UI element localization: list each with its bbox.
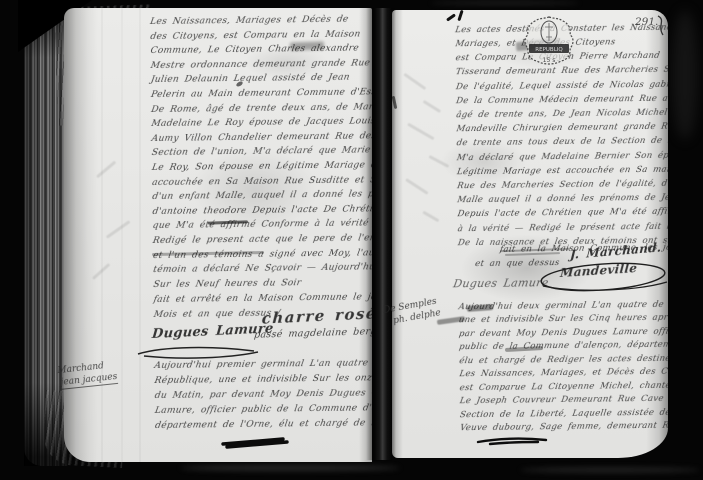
- stamp-band-text: REPUBLIQ: [535, 47, 563, 53]
- ink-flourish-signature: [134, 344, 264, 360]
- manuscript-line: Redigé le present acte que le pere de l'…: [152, 233, 372, 246]
- manuscript-line: Mandeville Chirurgien demeurant grande R…: [456, 121, 668, 134]
- manuscript-line: République, une et indivisible Sur les o…: [154, 373, 372, 386]
- manuscript-line: est Comparue La Citoyenne Michel, chante…: [459, 380, 668, 393]
- manuscript-line: par devant Moy Denis Dugues Lamure offic…: [458, 326, 668, 339]
- manuscript-line: du Matin, par devant Moy Denis Dugues —: [154, 388, 372, 401]
- manuscript-line: Rue des Marcheries Section de l'égalité,…: [456, 178, 668, 191]
- manuscript-line: à la vérité — Redigé le présent acte fai…: [457, 221, 668, 234]
- manuscript-line: de trente ans tous deux de la Section de…: [456, 135, 668, 148]
- scan-smear: [672, 10, 698, 140]
- manuscript-line: Malle auquel il a donné les prénoms de J…: [457, 192, 668, 205]
- right-page: 291. Les actes destinés à Constater les …: [392, 10, 668, 458]
- scanned-register-spread: Les Naissances, Mariages et Décès de des…: [0, 0, 703, 480]
- manuscript-line: Le Joseph Couvreur Demeurant Rue Cave au…: [459, 393, 668, 406]
- scan-smear: [520, 467, 700, 473]
- manuscript-line: Mestre ordonnance demeurant grande Rue: [150, 58, 371, 71]
- manuscript-line: d'un enfant Malle, auquel il a donné les…: [151, 189, 372, 202]
- manuscript-line: De la Commune Médecin demeurant Rue aux …: [455, 93, 668, 106]
- manuscript-line: Section de l'union, M'a déclaré que Mari…: [151, 145, 372, 158]
- ink-flourish-end: [219, 436, 293, 450]
- ink-mark: [290, 41, 324, 50]
- signature-officer: Dugues Lamure: [452, 276, 549, 290]
- manuscript-line: De l'égalité, Lequel assisté de Nicolas …: [455, 79, 668, 92]
- manuscript-line: Sur les Neuf heures du Soir: [153, 278, 302, 290]
- manuscript-line: âgé de trente ans, De Jean Nicolas Miche…: [455, 108, 668, 121]
- scan-smear: [430, 1, 580, 5]
- ink-flourish-signature: [537, 260, 668, 296]
- manuscript-line: Lamure, officier public de la Commune d'…: [154, 403, 372, 416]
- page-number-flourish: [654, 14, 668, 38]
- scan-smear: [180, 465, 400, 471]
- manuscript-line: Aumy Villon Chandelier demeurant Rue des…: [151, 131, 372, 144]
- manuscript-line: De Rome, âgé de trente deux ans, de Mari…: [150, 102, 372, 115]
- manuscript-line: témoin a déclaré Ne Sçavoir — Aujourd'hu…: [152, 262, 372, 275]
- page-gutter: [366, 8, 396, 460]
- manuscript-line: Veuve dubourg, Sage femme, demeurant Rue…: [459, 420, 668, 433]
- manuscript-line: Les Naissances, Mariages, et Décès des C…: [459, 366, 668, 379]
- manuscript-line: d'antoine theodore Depuis l'acte De Chré…: [152, 204, 372, 217]
- manuscript-line: une et indivisible Sur les Cinq heures a…: [458, 312, 668, 325]
- manuscript-line: accouchée en Sa Maison Rue Susditte et S…: [151, 175, 372, 188]
- manuscript-line: Les Naissances, Mariages et Décès de: [149, 15, 349, 27]
- manuscript-line: que M'a été affirmé Conforme à la vérité…: [152, 218, 372, 231]
- revenue-stamp: REPUBLIQ 15 s: [519, 15, 579, 69]
- signature-party-large: charre rosée: [261, 304, 372, 328]
- manuscript-line: Depuis l'acte de Chrétien que M'a été af…: [457, 206, 668, 219]
- left-page: Les Naissances, Mariages et Décès de des…: [64, 8, 372, 462]
- manuscript-line: élu et chargé de Rediger les actes desti…: [458, 353, 668, 366]
- manuscript-line: département de l'Orne, élu et chargé de …: [154, 418, 372, 431]
- manuscript-line: Section de la Liberté, Laquelle assistée…: [459, 407, 668, 420]
- closing-line: fait et arrêté en la Maison Commune le j…: [153, 292, 372, 305]
- manuscript-line: Commune, Le Citoyen Charles alexandre: [150, 43, 360, 56]
- manuscript-line: Le Roy, Son épouse en Légitime Mariage e…: [151, 160, 372, 173]
- ink-flourish-end: [476, 436, 550, 446]
- right-page-text: Les actes destinés à Constater les Naiss…: [392, 10, 668, 458]
- manuscript-line: des Citoyens, est Comparu en la Maison: [150, 29, 362, 42]
- manuscript-line: M'a déclaré que Madelaine Bernier Son ép…: [456, 150, 668, 163]
- signature-party-small: passé magdelaine berg: [253, 326, 372, 341]
- manuscript-line: Légitime Mariage est accouchée en Sa mai…: [456, 164, 668, 177]
- manuscript-line: Pelerin au Main demeurant Commune d'Essa…: [150, 86, 372, 100]
- manuscript-line: Madelaine Le Roy épouse de Jacques Louis: [151, 116, 372, 129]
- manuscript-line: Julien Delaunin Lequel assisté de Jean: [150, 73, 350, 85]
- manuscript-line: public de la Commune d'alençon, départem…: [458, 339, 668, 352]
- stamp-value-text: 15 s: [543, 57, 556, 64]
